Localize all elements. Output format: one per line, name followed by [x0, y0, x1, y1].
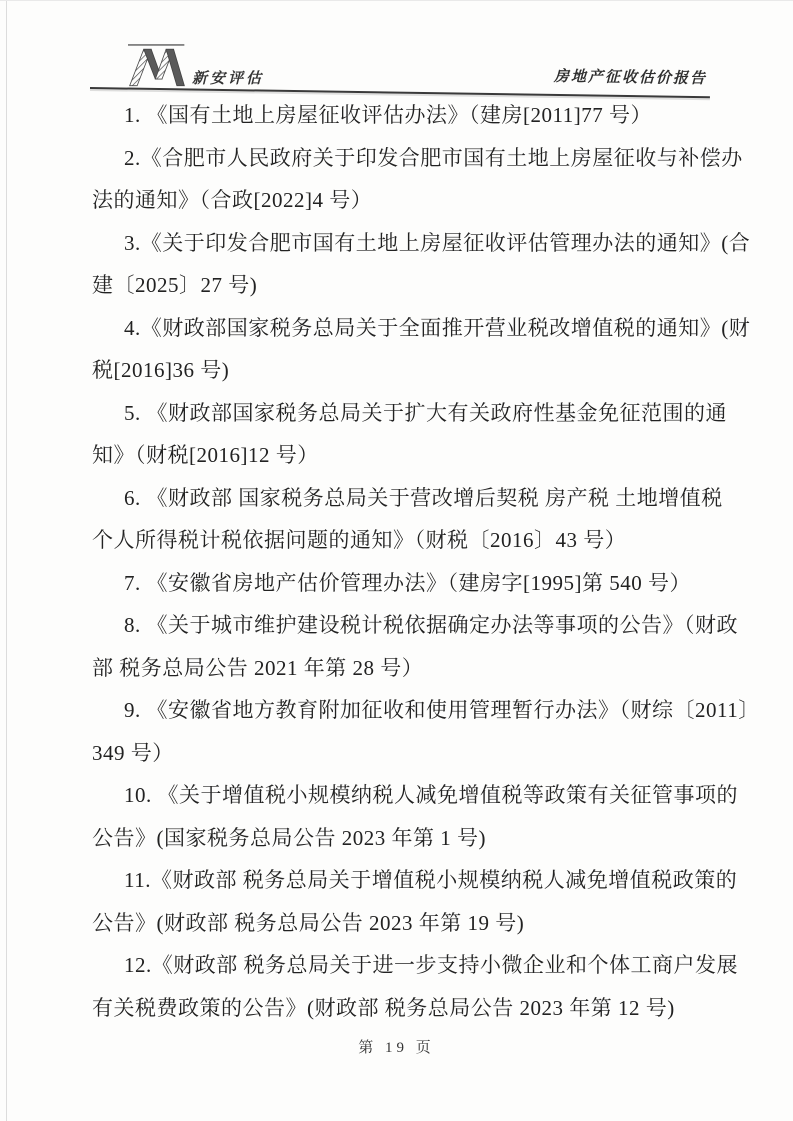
reference-item-8: 8. 《关于城市维护建设税计税依据确定办法等事项的公告》（财政 部 税务总局公告… — [92, 604, 710, 689]
reference-line: 1. 《国有土地上房屋征收评估办法》（建房[2011]77 号） — [92, 94, 710, 137]
reference-line: 9. 《安徽省地方教育附加征收和使用管理暂行办法》（财综〔2011〕 — [92, 689, 710, 732]
reference-item-9: 9. 《安徽省地方教育附加征收和使用管理暂行办法》（财综〔2011〕 349 号… — [92, 689, 710, 774]
reference-item-2: 2.《合肥市人民政府关于印发合肥市国有土地上房屋征收与补偿办 法的通知》（合政[… — [92, 137, 710, 222]
reference-line: 11.《财政部 税务总局关于增值税小规模纳税人减免增值税政策的 — [92, 859, 710, 902]
reference-line: 10. 《关于增值税小规模纳税人减免增值税等政策有关征管事项的 — [92, 774, 710, 817]
reference-item-3: 3.《关于印发合肥市国有土地上房屋征收评估管理办法的通知》(合 建〔2025〕2… — [92, 222, 710, 307]
reference-item-1: 1. 《国有土地上房屋征收评估办法》（建房[2011]77 号） — [92, 94, 710, 137]
company-m-logo-icon — [128, 40, 186, 90]
reference-line: 公告》(财政部 税务总局公告 2023 年第 19 号) — [92, 902, 710, 945]
company-logo: 新安评估 — [128, 40, 264, 90]
scan-edge-line-top — [0, 0, 793, 1]
reference-line: 6. 《财政部 国家税务总局关于营改增后契税 房产税 土地增值税 — [92, 477, 710, 520]
reference-line: 法的通知》（合政[2022]4 号） — [92, 179, 710, 222]
reference-line: 公告》(国家税务总局公告 2023 年第 1 号) — [92, 817, 710, 860]
scan-edge-line — [6, 0, 7, 1121]
references-list: 1. 《国有土地上房屋征收评估办法》（建房[2011]77 号） 2.《合肥市人… — [92, 94, 710, 1029]
reference-line: 4.《财政部国家税务总局关于全面推开营业税改增值税的通知》(财 — [92, 307, 710, 350]
reference-line: 知》（财税[2016]12 号） — [92, 434, 710, 477]
reference-line: 3.《关于印发合肥市国有土地上房屋征收评估管理办法的通知》(合 — [92, 222, 710, 265]
reference-item-7: 7. 《安徽省房地产估价管理办法》（建房字[1995]第 540 号） — [92, 562, 710, 605]
reference-line: 部 税务总局公告 2021 年第 28 号） — [92, 647, 710, 690]
reference-line: 2.《合肥市人民政府关于印发合肥市国有土地上房屋征收与补偿办 — [92, 137, 710, 180]
reference-item-12: 12.《财政部 税务总局关于进一步支持小微企业和个体工商户发展 有关税费政策的公… — [92, 944, 710, 1029]
report-page: 新安评估 房地产征收估价报告 1. 《国有土地上房屋征收评估办法》（建房[201… — [0, 0, 793, 1121]
reference-line: 7. 《安徽省房地产估价管理办法》（建房字[1995]第 540 号） — [92, 562, 710, 605]
reference-line: 有关税费政策的公告》(财政部 税务总局公告 2023 年第 12 号) — [92, 987, 710, 1030]
reference-line: 建〔2025〕27 号) — [92, 264, 710, 307]
reference-line: 税[2016]36 号) — [92, 349, 710, 392]
reference-item-10: 10. 《关于增值税小规模纳税人减免增值税等政策有关征管事项的 公告》(国家税务… — [92, 774, 710, 859]
company-logo-text: 新安评估 — [192, 67, 264, 90]
reference-line: 个人所得税计税依据问题的通知》（财税〔2016〕43 号） — [92, 519, 710, 562]
header-report-title: 房地产征收估价报告 — [554, 65, 707, 88]
reference-line: 12.《财政部 税务总局关于进一步支持小微企业和个体工商户发展 — [92, 944, 710, 987]
reference-line: 5. 《财政部国家税务总局关于扩大有关政府性基金免征范围的通 — [92, 392, 710, 435]
reference-item-11: 11.《财政部 税务总局关于增值税小规模纳税人减免增值税政策的 公告》(财政部 … — [92, 859, 710, 944]
page-footer: 第 19 页 — [0, 1036, 793, 1057]
reference-item-5: 5. 《财政部国家税务总局关于扩大有关政府性基金免征范围的通 知》（财税[201… — [92, 392, 710, 477]
reference-item-4: 4.《财政部国家税务总局关于全面推开营业税改增值税的通知》(财 税[2016]3… — [92, 307, 710, 392]
reference-item-6: 6. 《财政部 国家税务总局关于营改增后契税 房产税 土地增值税 个人所得税计税… — [92, 477, 710, 562]
reference-line: 8. 《关于城市维护建设税计税依据确定办法等事项的公告》（财政 — [92, 604, 710, 647]
page-number: 第 19 页 — [358, 1040, 435, 1056]
reference-line: 349 号） — [92, 732, 710, 775]
